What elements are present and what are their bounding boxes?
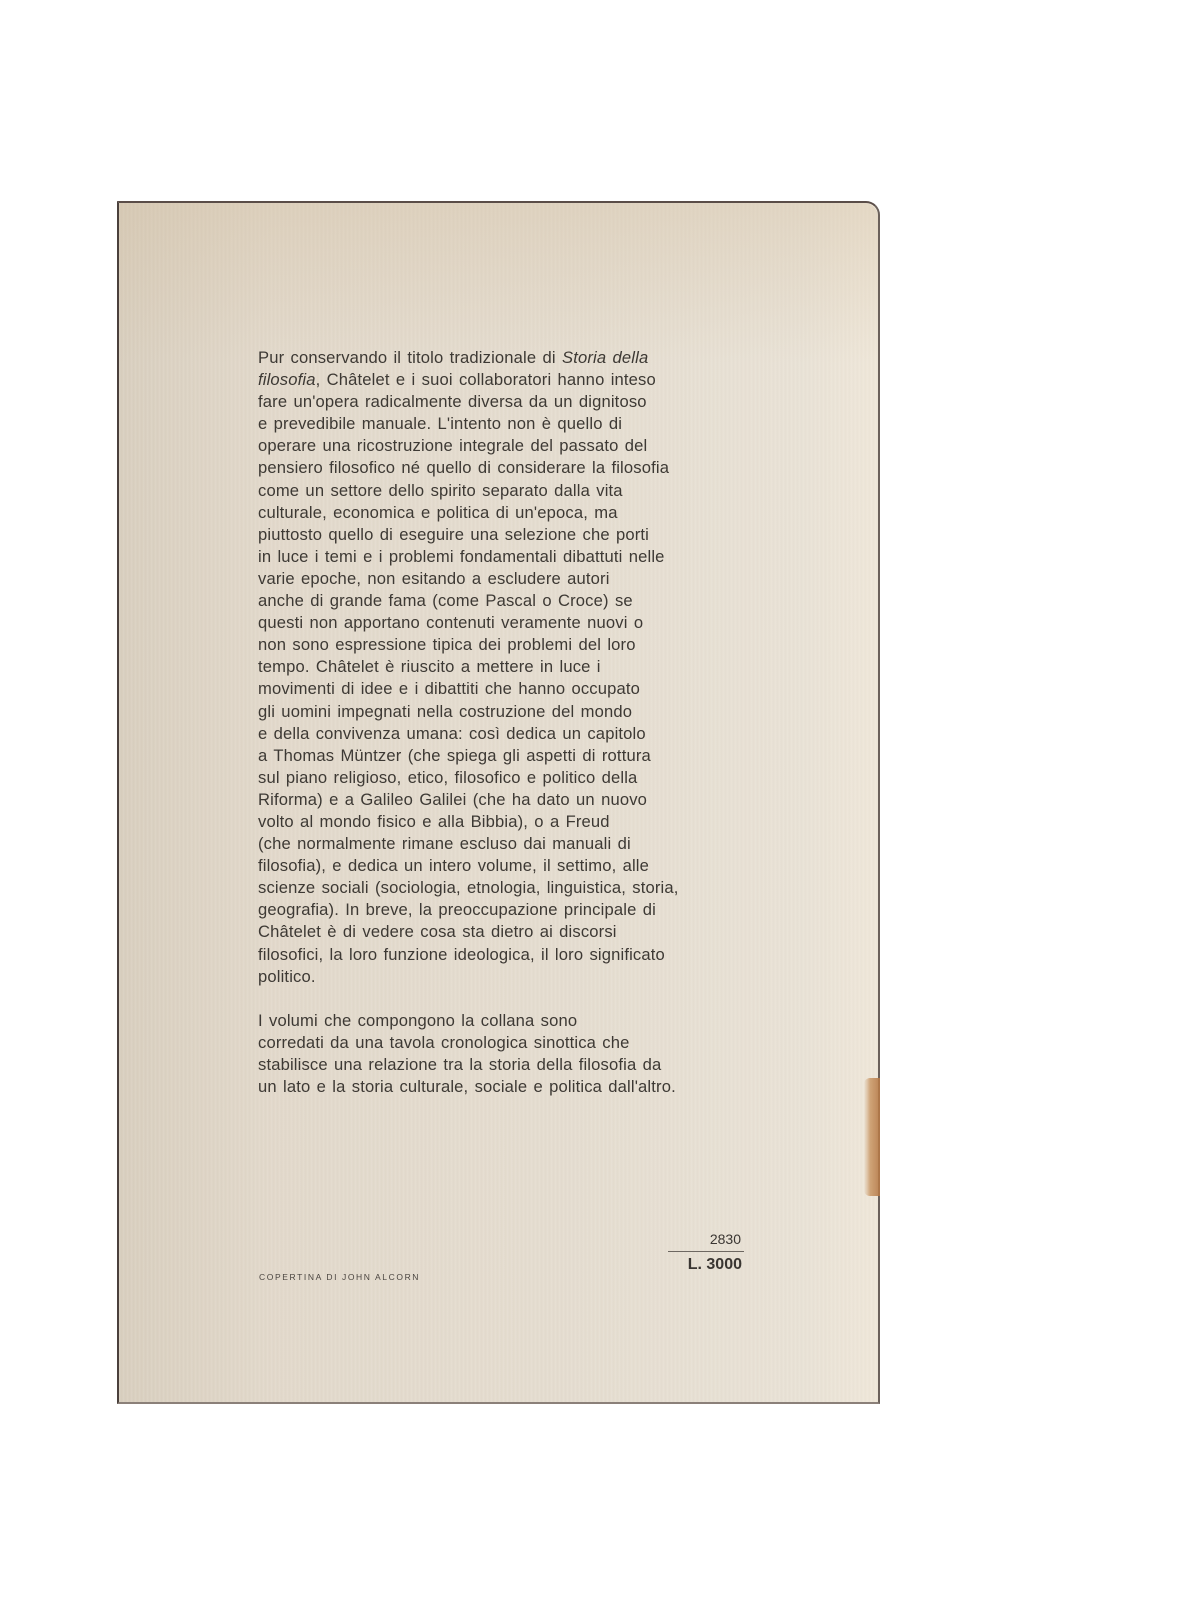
blurb-line: varie epoche, non esitando a escludere a… (258, 568, 758, 590)
blurb-line: sul piano religioso, etico, filosofico e… (258, 767, 758, 789)
blurb-line: volto al mondo fisico e alla Bibbia), o … (258, 811, 758, 833)
blurb-line: Pur conservando il titolo tradizionale d… (258, 347, 758, 369)
blurb-line: movimenti di idee e i dibattiti che hann… (258, 678, 758, 700)
blurb-line: in luce i temi e i problemi fondamentali… (258, 546, 758, 568)
paper-discoloration (119, 203, 878, 363)
blurb-line: (che normalmente rimane escluso dai manu… (258, 833, 758, 855)
blurb-line: fare un'opera radicalmente diversa da un… (258, 391, 758, 413)
paragraph-gap (258, 988, 758, 1010)
blurb-line: Riforma) e a Galileo Galilei (che ha dat… (258, 789, 758, 811)
price-block: 2830 L. 3000 (668, 1230, 744, 1275)
blurb-line: piuttosto quello di eseguire una selezio… (258, 524, 758, 546)
blurb-line: corredati da una tavola cronologica sino… (258, 1032, 758, 1054)
blurb-paragraph-1: Pur conservando il titolo tradizionale d… (258, 347, 758, 988)
blurb-line: filosofia), e dedica un intero volume, i… (258, 855, 758, 877)
blurb-line: I volumi che compongono la collana sono (258, 1010, 758, 1032)
price-divider (668, 1251, 744, 1252)
blurb-line: culturale, economica e politica di un'ep… (258, 502, 758, 524)
blurb-line: come un settore dello spirito separato d… (258, 480, 758, 502)
blurb-text: Pur conservando il titolo tradizionale d… (258, 347, 758, 1098)
blurb-line: a Thomas Müntzer (che spiega gli aspetti… (258, 745, 758, 767)
blurb-line: politico. (258, 966, 758, 988)
blurb-line: filosofici, la loro funzione ideologica,… (258, 944, 758, 966)
blurb-line: stabilisce una relazione tra la storia d… (258, 1054, 758, 1076)
price: L. 3000 (668, 1255, 744, 1275)
blurb-line: questi non apportano contenuti veramente… (258, 612, 758, 634)
blurb-line: gli uomini impegnati nella costruzione d… (258, 701, 758, 723)
catalog-number: 2830 (668, 1230, 744, 1248)
blurb-line: e della convivenza umana: così dedica un… (258, 723, 758, 745)
blurb-line: e prevedibile manuale. L'intento non è q… (258, 413, 758, 435)
blurb-paragraph-2: I volumi che compongono la collana sonoc… (258, 1010, 758, 1098)
blurb-line: scienze sociali (sociologia, etnologia, … (258, 877, 758, 899)
blurb-line: operare una ricostruzione integrale del … (258, 435, 758, 457)
cover-credit: COPERTINA DI JOHN ALCORN (259, 1272, 420, 1282)
edge-stain (864, 1078, 880, 1196)
book-title-italic: filosofia (258, 370, 316, 389)
blurb-line: geografia). In breve, la preoccupazione … (258, 899, 758, 921)
blurb-line: Châtelet è di vedere cosa sta dietro ai … (258, 921, 758, 943)
blurb-line: non sono espressione tipica dei problemi… (258, 634, 758, 656)
blurb-line: anche di grande fama (come Pascal o Croc… (258, 590, 758, 612)
book-title-italic: Storia della (562, 348, 648, 367)
blurb-line: pensiero filosofico né quello di conside… (258, 457, 758, 479)
blurb-line: un lato e la storia culturale, sociale e… (258, 1076, 758, 1098)
blurb-line: filosofia, Châtelet e i suoi collaborato… (258, 369, 758, 391)
book-back-cover: Pur conservando il titolo tradizionale d… (117, 201, 880, 1404)
blurb-line: tempo. Châtelet è riuscito a mettere in … (258, 656, 758, 678)
